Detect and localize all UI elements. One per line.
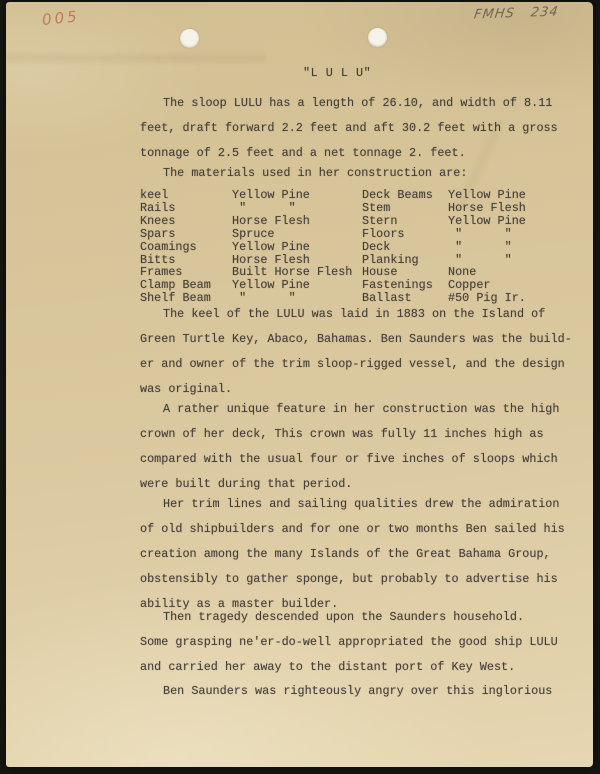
hole-punch-right bbox=[368, 28, 387, 47]
text-line: A rather unique feature in her construct… bbox=[140, 397, 580, 422]
text-line: and carried her away to the distant port… bbox=[140, 655, 580, 680]
material-value: Spruce bbox=[232, 228, 274, 241]
text-line: Her trim lines and sailing qualities dre… bbox=[140, 492, 580, 517]
materials-column-right: Deck BeamsYellow PineStemHorse FleshSter… bbox=[362, 189, 526, 305]
paragraph-dimensions: The sloop LULU has a length of 26.10, an… bbox=[140, 91, 580, 166]
material-item: keel bbox=[140, 189, 232, 202]
material-row: Deck " " bbox=[362, 241, 526, 254]
material-row: CoamingsYellow Pine bbox=[140, 241, 352, 254]
text-line: crown of her deck, This crown was fully … bbox=[140, 422, 580, 447]
archive-number: 234 bbox=[530, 4, 560, 20]
text-line: Green Turtle Key, Abaco, Bahamas. Ben Sa… bbox=[140, 327, 580, 352]
text-line: obstensibly to gather sponge, but probab… bbox=[140, 567, 580, 592]
material-row: keelYellow Pine bbox=[140, 189, 352, 202]
material-value: Yellow Pine bbox=[448, 189, 526, 202]
paragraph-deck-crown: A rather unique feature in her construct… bbox=[140, 397, 580, 497]
scanned-page: 005 FMHS 234 "L U L U" The sloop LULU ha… bbox=[0, 0, 600, 774]
text-line: Some grasping ne'er-do-well appropriated… bbox=[140, 630, 580, 655]
material-row: Rails " " bbox=[140, 202, 352, 215]
paragraph-tragedy: Then tragedy descended upon the Saunders… bbox=[140, 605, 580, 680]
material-value: Yellow Pine bbox=[232, 241, 310, 254]
material-item: Rails bbox=[140, 202, 232, 215]
paragraph-angry: Ben Saunders was righteously angry over … bbox=[140, 679, 580, 704]
material-row: Deck BeamsYellow Pine bbox=[362, 189, 526, 202]
archive-code: FMHS bbox=[473, 6, 516, 23]
material-row: StemHorse Flesh bbox=[362, 202, 526, 215]
material-value: " " bbox=[232, 202, 296, 215]
material-row: SparsSpruce bbox=[140, 228, 352, 241]
paragraph-trim-lines: Her trim lines and sailing qualities dre… bbox=[140, 492, 580, 617]
text-line: creation among the many Islands of the G… bbox=[140, 542, 580, 567]
text-line: Ben Saunders was righteously angry over … bbox=[140, 679, 580, 704]
materials-column-left: keelYellow PineRails " "KneesHorse Flesh… bbox=[140, 189, 352, 305]
material-item: Spars bbox=[140, 228, 232, 241]
material-item: Coamings bbox=[140, 241, 232, 254]
paragraph-keel-laid: The keel of the LULU was laid in 1883 on… bbox=[140, 302, 580, 402]
archive-annotation: FMHS 234 bbox=[473, 4, 560, 22]
material-value: " " bbox=[448, 241, 512, 254]
material-row: KneesHorse Flesh bbox=[140, 215, 352, 228]
material-row: Floors " " bbox=[362, 228, 526, 241]
hole-punch-left bbox=[180, 29, 199, 48]
material-item: Floors bbox=[362, 228, 448, 241]
material-item: Knees bbox=[140, 215, 232, 228]
text-line: compared with the usual four or five inc… bbox=[140, 447, 580, 472]
material-item: Stern bbox=[362, 215, 448, 228]
text-line: The keel of the LULU was laid in 1883 on… bbox=[140, 302, 580, 327]
material-value: Horse Flesh bbox=[232, 215, 310, 228]
material-item: Stem bbox=[362, 202, 448, 215]
materials-heading: The materials used in her construction a… bbox=[140, 161, 600, 186]
material-value: Yellow Pine bbox=[448, 215, 526, 228]
material-row: SternYellow Pine bbox=[362, 215, 526, 228]
text-line: er and owner of the trim sloop-rigged ve… bbox=[140, 352, 580, 377]
text-line: of old shipbuilders and for one or two m… bbox=[140, 517, 580, 542]
material-value: " " bbox=[448, 228, 512, 241]
material-value: Horse Flesh bbox=[448, 202, 526, 215]
material-item: Deck Beams bbox=[362, 189, 448, 202]
text-line: The sloop LULU has a length of 26.10, an… bbox=[140, 91, 580, 116]
material-value: Yellow Pine bbox=[232, 189, 310, 202]
material-item: Deck bbox=[362, 241, 448, 254]
text-line: Then tragedy descended upon the Saunders… bbox=[140, 605, 580, 630]
document-title: "L U L U" bbox=[303, 66, 371, 80]
text-line: feet, draft forward 2.2 feet and aft 30.… bbox=[140, 116, 580, 141]
